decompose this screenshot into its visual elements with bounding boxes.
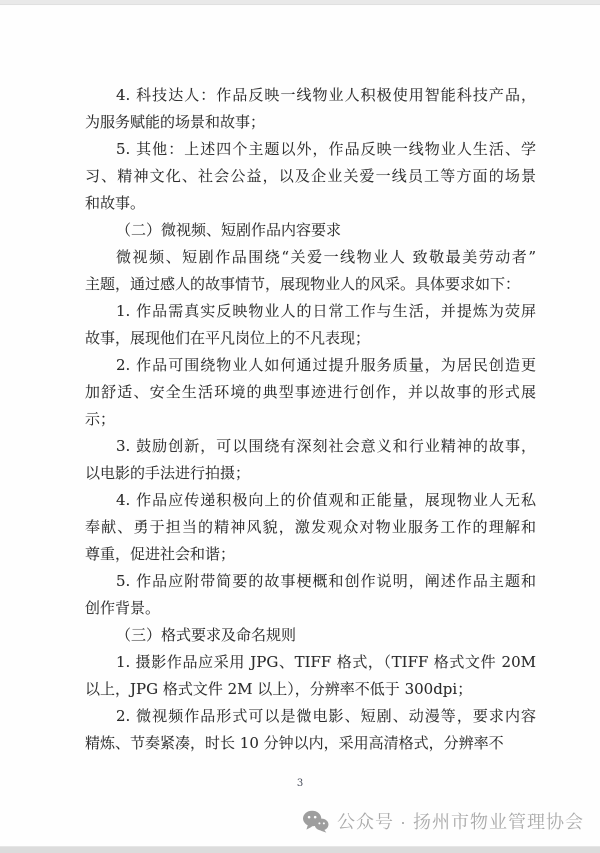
text-line: 1. 摄影作品应采用 JPG、TIFF 格式，（TIFF 格式文件 20M <box>85 649 536 676</box>
text-line: 故事，展现他们在平凡岗位上的不凡表现； <box>85 325 536 352</box>
page-number: 3 <box>0 778 600 789</box>
document-page: 4. 科技达人：作品反映一线物业人积极使用智能科技产品，为服务赋能的场景和故事；… <box>0 6 600 846</box>
wechat-icon <box>302 810 329 833</box>
top-edge-strip <box>0 0 600 5</box>
text-line: 4. 科技达人：作品反映一线物业人积极使用智能科技产品， <box>85 82 536 109</box>
text-line: 4. 作品应传递积极向上的价值观和正能量，展现物业人无私 <box>85 487 536 514</box>
text-line: 为服务赋能的场景和故事； <box>85 109 536 136</box>
bottom-edge-strip <box>0 846 600 853</box>
text-line: 精炼、节奏紧凑，时长 10 分钟以内，采用高清格式，分辨率不 <box>85 730 536 757</box>
screenshot-root: { "document": { "page_number": "3", "par… <box>0 0 600 853</box>
text-line: 1. 作品需真实反映物业人的日常工作与生活，并提炼为荧屏 <box>85 298 536 325</box>
text-line: 微视频、短剧作品围绕“关爱一线物业人 致敬最美劳动者” <box>85 244 536 271</box>
text-line: （二）微视频、短剧作品内容要求 <box>85 217 536 244</box>
text-line: 3. 鼓励创新，可以围绕有深刻社会意义和行业精神的故事， <box>85 433 536 460</box>
text-line: 5. 其他：上述四个主题以外，作品反映一线物业人生活、学 <box>85 136 536 163</box>
text-line: 和故事。 <box>85 190 536 217</box>
text-line: 2. 微视频作品形式可以是微电影、短剧、动漫等，要求内容 <box>85 703 536 730</box>
text-line: （三）格式要求及命名规则 <box>85 622 536 649</box>
text-line: 加舒适、安全生活环境的典型事迹进行创作，并以故事的形式展 <box>85 379 536 406</box>
text-line: 习、精神文化、社会公益，以及企业关爱一线员工等方面的场景 <box>85 163 536 190</box>
text-line: 主题，通过感人的故事情节，展现物业人的风采。具体要求如下： <box>85 271 536 298</box>
text-line: 以电影的手法进行拍摄； <box>85 460 536 487</box>
text-line: 创作背景。 <box>85 595 536 622</box>
text-line: 尊重，促进社会和谐； <box>85 541 536 568</box>
text-line: 奉献、勇于担当的精神风貌，激发观众对物业服务工作的理解和 <box>85 514 536 541</box>
text-line: 示； <box>85 406 536 433</box>
text-line: 2. 作品可围绕物业人如何通过提升服务质量，为居民创造更 <box>85 352 536 379</box>
watermark: 公众号 · 扬州市物业管理协会 <box>302 806 584 836</box>
text-line: 5. 作品应附带简要的故事梗概和创作说明，阐述作品主题和 <box>85 568 536 595</box>
watermark-text: 公众号 · 扬州市物业管理协会 <box>337 808 584 834</box>
document-body: 4. 科技达人：作品反映一线物业人积极使用智能科技产品，为服务赋能的场景和故事；… <box>85 82 536 757</box>
text-line: 以上，JPG 格式文件 2M 以上），分辨率不低于 300dpi； <box>85 676 536 703</box>
